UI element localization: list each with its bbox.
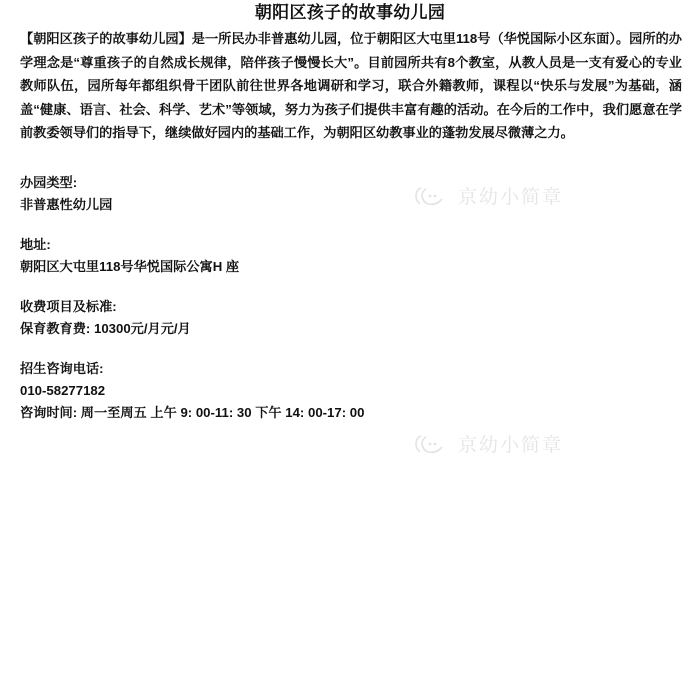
page-title: 朝阳区孩子的故事幼儿园 bbox=[0, 2, 700, 24]
address-value: 朝阳区大屯里118号华悦国际公寓H 座 bbox=[20, 256, 239, 278]
type-value: 非普惠性幼儿园 bbox=[20, 194, 112, 216]
type-label: 办园类型: bbox=[20, 172, 112, 194]
watermark: 京幼小简章 bbox=[412, 430, 563, 457]
contact-phone: 010-58277182 bbox=[20, 380, 364, 402]
intro-paragraph: 【朝阳区孩子的故事幼儿园】是一所民办非普惠幼儿园，位于朝阳区大屯里118号（华悦… bbox=[20, 27, 682, 145]
section-contact: 招生咨询电话: 010-58277182 咨询时间: 周一至周五 上午 9: 0… bbox=[20, 358, 364, 424]
contact-label: 招生咨询电话: bbox=[20, 358, 364, 380]
jingyou-logo-icon bbox=[412, 185, 446, 207]
jingyou-logo-icon bbox=[412, 433, 446, 455]
contact-hours: 咨询时间: 周一至周五 上午 9: 00-11: 30 下午 14: 00-17… bbox=[20, 402, 364, 424]
address-label: 地址: bbox=[20, 234, 239, 256]
watermark-text: 京幼小简章 bbox=[458, 182, 563, 209]
watermark-text: 京幼小简章 bbox=[458, 430, 563, 457]
section-kindergarten-type: 办园类型: 非普惠性幼儿园 bbox=[20, 172, 112, 216]
section-address: 地址: 朝阳区大屯里118号华悦国际公寓H 座 bbox=[20, 234, 239, 278]
fees-value: 保育教育费: 10300元/月元/月 bbox=[20, 318, 191, 340]
fees-label: 收费项目及标准: bbox=[20, 296, 191, 318]
watermark: 京幼小简章 bbox=[412, 182, 563, 209]
section-fees: 收费项目及标准: 保育教育费: 10300元/月元/月 bbox=[20, 296, 191, 340]
